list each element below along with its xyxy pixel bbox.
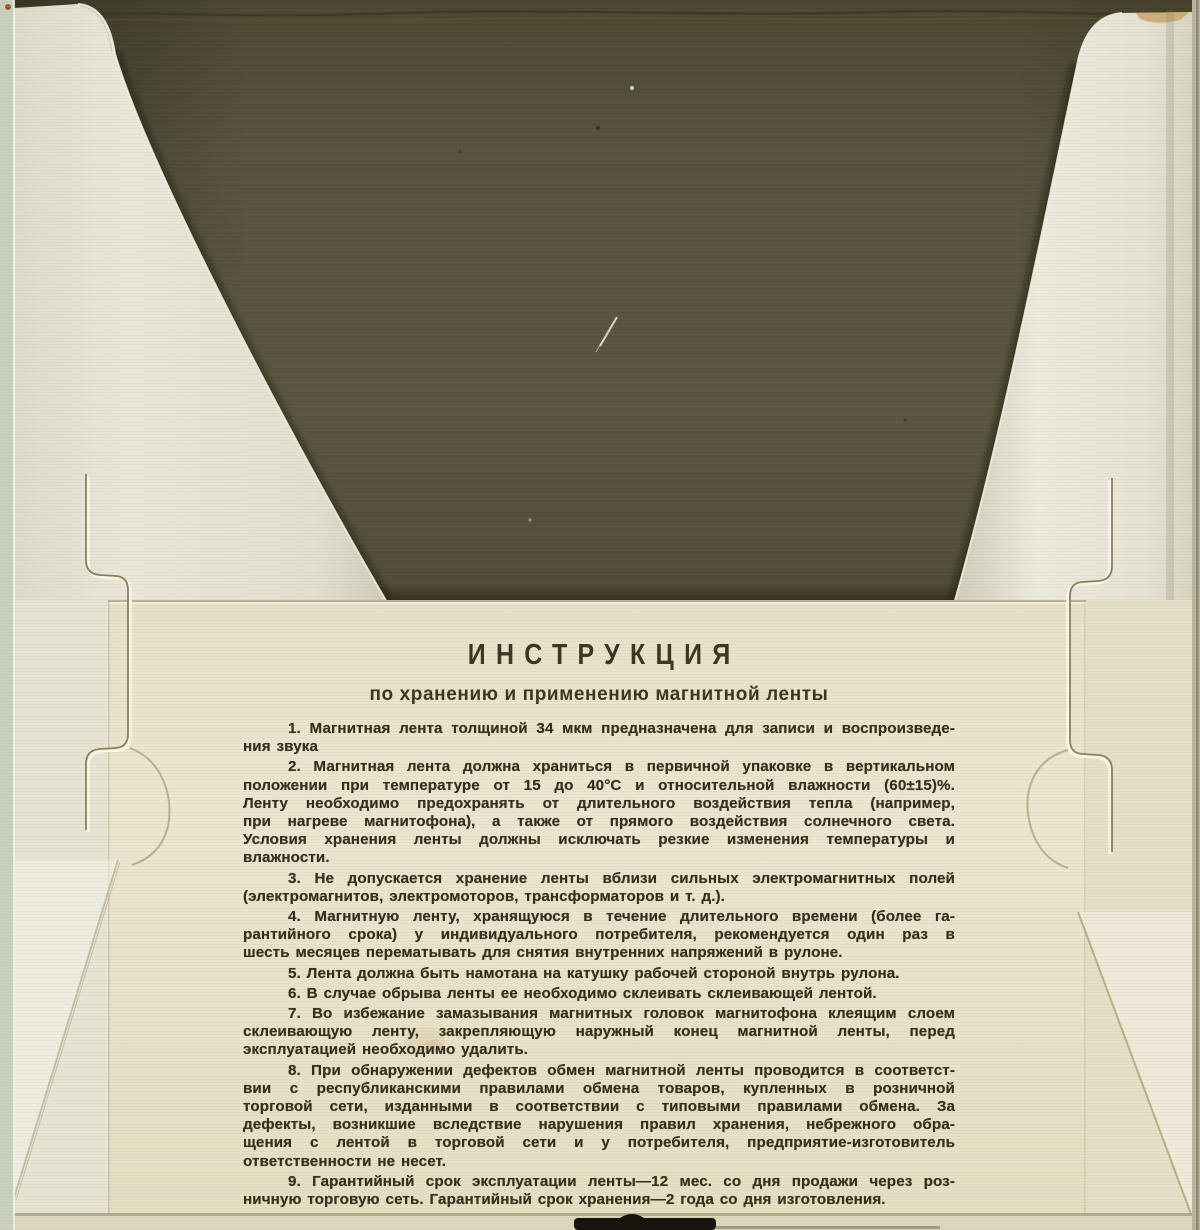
dark-speck	[596, 126, 600, 130]
instruction-panel: ИНСТРУКЦИЯ по хранению и применению магн…	[108, 600, 1086, 1216]
instruction-paragraph-3: 3. Не допускается хранение ленты вблизи …	[243, 870, 955, 906]
instruction-paragraph-5: 5. Лента должна быть намотана на катушку…	[243, 965, 955, 983]
thumb-slot	[574, 1218, 716, 1230]
paper-speck	[528, 518, 531, 521]
instruction-paragraph-9: 9. Гарантийный срок эксплуатации ленты—1…	[243, 1173, 955, 1209]
dark-speck	[903, 418, 906, 421]
instruction-text: ИНСТРУКЦИЯ по хранению и применению магн…	[243, 600, 955, 1211]
instruction-paragraph-7: 7. Во избежание замазывания магнитных го…	[243, 1005, 955, 1060]
instruction-paragraphs: 1. Магнитная лента толщиной 34 мкм предн…	[243, 720, 955, 1209]
paper-speck	[630, 86, 634, 90]
instruction-subtitle: по хранению и применению магнитной ленты	[243, 684, 955, 706]
tape-box-back: ИНСТРУКЦИЯ по хранению и применению магн…	[0, 0, 1200, 1230]
dark-speck	[459, 151, 462, 154]
instruction-title: ИНСТРУКЦИЯ	[293, 640, 905, 670]
red-spot	[5, 4, 11, 10]
instruction-paragraph-2: 2. Магнитная лента должна храниться в пе…	[243, 758, 955, 867]
box-corner-shade	[1166, 10, 1174, 604]
instruction-paragraph-1: 1. Магнитная лента толщиной 34 мкм предн…	[243, 720, 955, 756]
instruction-paragraph-4: 4. Магнитную ленту, хранящуюся в течение…	[243, 908, 955, 963]
instruction-paragraph-6: 6. В случае обрыва ленты ее необходимо с…	[243, 985, 955, 1003]
instruction-paragraph-8: 8. При обнаружении дефектов обмен магнит…	[243, 1062, 955, 1171]
